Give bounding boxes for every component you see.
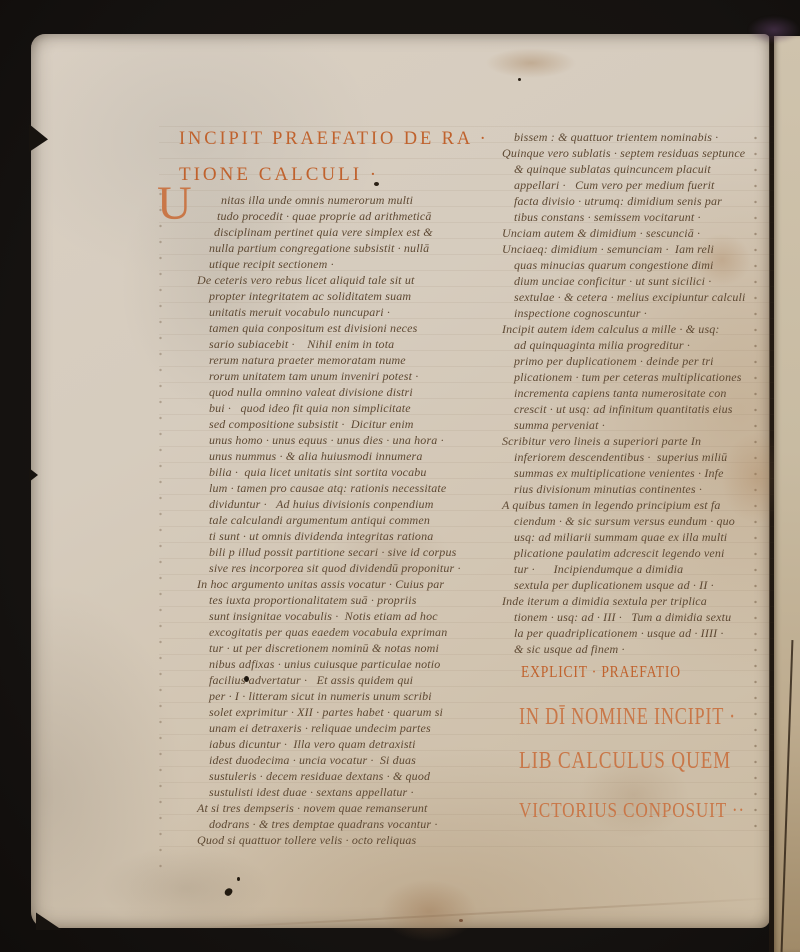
manuscript-text-line: ciendum · & sic sursum versus eundum · q…	[514, 513, 782, 529]
manuscript-text-line: plicationem · tum per ceteras multiplica…	[514, 369, 782, 385]
manuscript-text-line: & sic usque ad finem ·	[514, 641, 782, 657]
manuscript-text-line: Scribitur vero lineis a superiori parte …	[502, 433, 782, 449]
manuscript-text-line: propter integritatem ac soliditatem suam	[209, 288, 481, 304]
parchment-stain	[381, 880, 477, 942]
manuscript-text-line: tur · Incipiendumque a dimidia	[514, 561, 782, 577]
manuscript-text-line: quas minucias quarum congestione dimi	[514, 257, 782, 273]
ink-speck	[374, 182, 379, 186]
manuscript-text-line: primo per duplicationem · deinde per tri	[514, 353, 782, 369]
manuscript-text-line: plicatione paulatim adcrescit legendo ve…	[514, 545, 782, 561]
manuscript-text-line: Quod si quattuor tollere velis · octo re…	[197, 832, 481, 848]
manuscript-text-line: sed compositione subsistit · Dicitur eni…	[209, 416, 481, 432]
parchment-crease	[191, 896, 790, 929]
manuscript-text-line: sextulae · & cetera · melius excipiuntur…	[514, 289, 782, 305]
manuscript-text-line: rerum natura praeter memoratam nume	[209, 352, 481, 368]
manuscript-text-line: inspectione cognoscuntur ·	[514, 305, 782, 321]
manuscript-text-line: bili p illud possit partitione secari · …	[209, 544, 481, 560]
manuscript-text-line: unus homo · unus equus · unus dies · una…	[209, 432, 481, 448]
manuscript-text-line: sustuleris · decem residuae dextans · & …	[209, 768, 481, 784]
manuscript-text-line: tale calculandi argumentum antiqui comme…	[209, 512, 481, 528]
manuscript-text-line: A quibus tamen in legendo principium est…	[502, 497, 782, 513]
manuscript-text-line: excogitatis per quas eaedem vocabula exp…	[209, 624, 481, 640]
manuscript-text-line: idest duodecima · uncia vocatur · Si dua…	[209, 752, 481, 768]
manuscript-text-line: Quinque vero sublatis · septem residuas …	[502, 145, 782, 161]
manuscript-text-line: Incipit autem idem calculus a mille · & …	[502, 321, 782, 337]
manuscript-text-line: unitatis meruit vocabulo nuncupari ·	[209, 304, 481, 320]
manuscript-text-line: tionem · usq: ad · III · Tum a dimidia s…	[514, 609, 782, 625]
text-column-right: bissem : & quattuor trientem nominabis ·…	[514, 129, 782, 657]
manuscript-text-line: At si tres dempseris · novem quae remans…	[197, 800, 481, 816]
pricking-dots-left	[159, 186, 162, 876]
manuscript-text-line: facta divisio · utrumq: dimidium senis p…	[514, 193, 782, 209]
ink-speck	[518, 78, 521, 81]
manuscript-text-line: dodrans · & tres demptae quadrans vocant…	[209, 816, 481, 832]
rubric-incipit-line3: VICTORIUS CONPOSUIT ··	[519, 798, 745, 823]
manuscript-page: INCIPIT PRAEFATIO DE RA · TIONE CALCULI …	[31, 34, 770, 928]
manuscript-text-line: sextula per duplicationem usque ad · II …	[514, 577, 782, 593]
rubric-title-line1: INCIPIT PRAEFATIO DE RA ·	[179, 128, 489, 150]
corner-smudge	[748, 16, 800, 44]
manuscript-text-line: sive res incorporea sit quod dividendū p…	[209, 560, 481, 576]
manuscript-text-line: sunt insignitae vocabulis · Notis etiam …	[209, 608, 481, 624]
manuscript-text-line: De ceteris vero rebus licet aliquid tale…	[197, 272, 481, 288]
manuscript-text-line: Unciam autem & dimidium · sescunciā ·	[502, 225, 782, 241]
ink-speck	[244, 676, 249, 682]
manuscript-text-line: per · I · litteram sicut in numeris unum…	[209, 688, 481, 704]
manuscript-text-line: unus nummus · & alia huiusmodi innumera	[209, 448, 481, 464]
ink-speck	[224, 887, 234, 897]
manuscript-text-line: summa perveniat ·	[514, 417, 782, 433]
manuscript-text-line: nulla partium congregatione subsistit · …	[209, 240, 481, 256]
manuscript-text-line: tibus constans · semissem vocitarunt ·	[514, 209, 782, 225]
manuscript-text-line: incrementa capiens tanta numerositate co…	[514, 385, 782, 401]
manuscript-text-line: sario subiacebit · Nihil enim in tota	[209, 336, 481, 352]
manuscript-text-line: sustulisti idest duae · sextans appellat…	[209, 784, 481, 800]
manuscript-text-line: utique recipit sectionem ·	[209, 256, 481, 272]
manuscript-text-line: solet exprimitur · XII · partes habet · …	[209, 704, 481, 720]
rubric-incipit-line2: LIB CALCULUS QUEM	[519, 748, 731, 775]
manuscript-text-line: ti sunt · ut omnis dividenda integritas …	[209, 528, 481, 544]
manuscript-text-line: bissem : & quattuor trientem nominabis ·	[514, 129, 782, 145]
manuscript-text-line: usq: ad miliarii summam quae ex illa mul…	[514, 529, 782, 545]
manuscript-text-line: In hoc argumento unitas assis vocatur · …	[197, 576, 481, 592]
manuscript-text-line: facilius advertatur · Et assis quidem qu…	[209, 672, 481, 688]
ink-speck	[237, 877, 240, 881]
manuscript-text-line: la per quadriplicationem · usque ad · II…	[514, 625, 782, 641]
parchment-stain	[101, 846, 271, 930]
manuscript-text-line: lum · tamen pro causae atq: rationis nec…	[209, 480, 481, 496]
manuscript-text-line: summas ex multiplicatione venientes · In…	[514, 465, 782, 481]
photo-background: INCIPIT PRAEFATIO DE RA · TIONE CALCULI …	[0, 0, 800, 952]
manuscript-text-line: tamen quia conpositum est divisioni nece…	[209, 320, 481, 336]
manuscript-text-line: quod nulla omnino valeat divisione distr…	[209, 384, 481, 400]
manuscript-text-line: dividuntur · Ad huius divisionis conpend…	[209, 496, 481, 512]
manuscript-text-line: disciplinam pertinet quia vere simplex e…	[209, 224, 481, 240]
decorated-initial-u: U	[157, 180, 192, 228]
manuscript-text-line: & quinque sublatas quincuncem placuit	[514, 161, 782, 177]
manuscript-text-line: tudo procedit · quae proprie ad arithmet…	[209, 208, 481, 224]
rubric-title-line2: TIONE CALCULI ·	[179, 164, 379, 186]
manuscript-text-line: crescit · ut usq: ad infinitum quantitat…	[514, 401, 782, 417]
manuscript-text-line: ad quinquaginta milia progreditur ·	[514, 337, 782, 353]
manuscript-text-line: nibus adfixas · unius cuiusque particula…	[209, 656, 481, 672]
manuscript-text-line: rius divisionum minutias continentes ·	[514, 481, 782, 497]
manuscript-text-line: iabus dicuntur · Illa vero quam detraxis…	[209, 736, 481, 752]
manuscript-text-line: inferiorem descendentibus · superius mil…	[514, 449, 782, 465]
parchment-stain	[486, 48, 576, 78]
manuscript-text-line: appellari · Cum vero per medium fuerit	[514, 177, 782, 193]
ink-speck	[459, 919, 463, 922]
manuscript-text-line: Unciaeq: dimidium · semunciam · Iam reli	[502, 241, 782, 257]
manuscript-text-line: tur · ut per discretionem nominū & notas…	[209, 640, 481, 656]
manuscript-text-line: rorum unitatem tam unum inveniri potest …	[209, 368, 481, 384]
manuscript-text-line: bui · quod ideo fit quia non simplicitat…	[209, 400, 481, 416]
manuscript-text-line: nitas illa unde omnis numerorum multi	[209, 192, 481, 208]
text-column-left: nitas illa unde omnis numerorum multitud…	[209, 192, 481, 848]
manuscript-text-line: dium unciae conficitur · ut sunt sicilic…	[514, 273, 782, 289]
manuscript-text-line: unam ei detraxeris · reliquae undecim pa…	[209, 720, 481, 736]
rubric-incipit-line1: IN DĪ NOMINE INCIPIT ·	[519, 704, 736, 731]
rubric-explicit: EXPLICIT · PRAEFATIO	[521, 662, 681, 682]
manuscript-text-line: tes iuxta proportionalitatem suā · propr…	[209, 592, 481, 608]
manuscript-text-line: bilia · quia licet unitatis sint sortita…	[209, 464, 481, 480]
manuscript-text-line: Inde iterum a dimidia sextula per tripli…	[502, 593, 782, 609]
